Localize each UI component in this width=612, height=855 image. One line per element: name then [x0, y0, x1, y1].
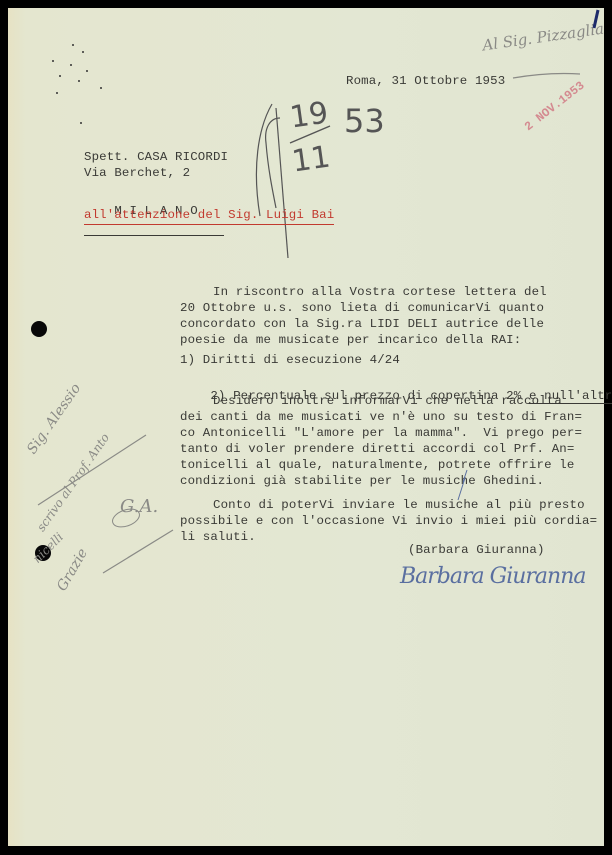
typed-signature: (Barbara Giuranna) [408, 543, 545, 559]
handwritten-signature: Barbara Giuranna [400, 564, 586, 589]
body-line: Conto di poterVi inviare le musiche al p… [213, 498, 585, 514]
letter-page: Al Sig. Pizzaglia Roma, 31 Ottobre 1953 … [8, 8, 604, 846]
body-line: possibile e con l'occasione Vi invio i m… [180, 514, 597, 530]
margin-strokes [8, 8, 208, 608]
